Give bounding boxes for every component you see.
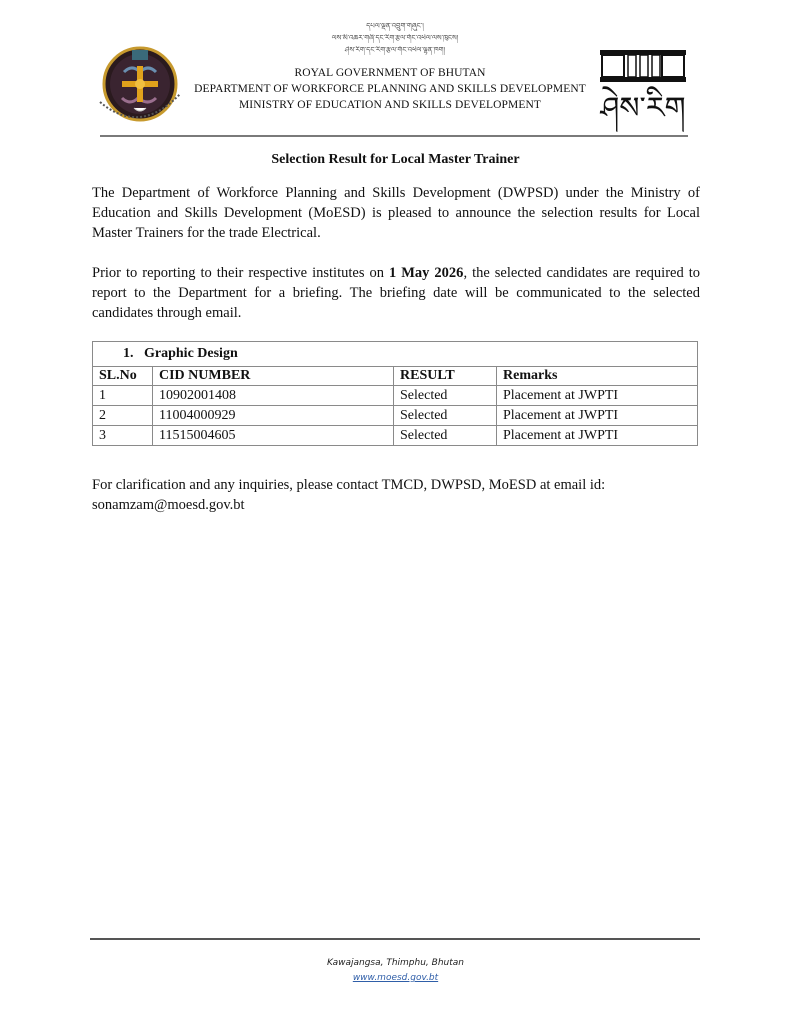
cell-result: Selected bbox=[394, 406, 497, 426]
emblem-icon bbox=[94, 40, 186, 132]
cell-cid-number: 11004000929 bbox=[153, 406, 394, 426]
briefing-text-before: Prior to reporting to their respective i… bbox=[92, 265, 389, 281]
contact-paragraph: For clarification and any inquiries, ple… bbox=[92, 475, 700, 515]
table-section-row: 1. Graphic Design bbox=[93, 342, 698, 367]
header-divider bbox=[100, 135, 688, 137]
cell-sl-no: 1 bbox=[93, 386, 153, 406]
results-table: 1. Graphic Design SL.No CID NUMBER RESUL… bbox=[92, 341, 698, 446]
sherig-logo: ཤེས་རིག bbox=[598, 48, 688, 130]
contact-text: For clarification and any inquiries, ple… bbox=[92, 475, 700, 495]
contact-email: sonamzam@moesd.gov.bt bbox=[92, 495, 700, 515]
dzongkha-line-1: དཔལ་ལྡན་འབྲུག་གཞུང་། bbox=[200, 22, 590, 31]
dzongkha-line-2: ལས་མི་འཆར་གཞི་དང་རིག་རྩལ་གོང་འཕེལ་ལས་ཁུང… bbox=[200, 34, 590, 43]
cell-result: Selected bbox=[394, 426, 497, 446]
header-department: DEPARTMENT OF WORKFORCE PLANNING AND SKI… bbox=[180, 82, 600, 97]
cell-cid-number: 11515004605 bbox=[153, 426, 394, 446]
cell-remarks: Placement at JWPTI bbox=[497, 386, 698, 406]
royal-emblem-logo bbox=[94, 40, 186, 132]
dzongkha-line-3: ཤེས་རིག་དང་རིག་རྩལ་གོང་འཕེལ་ལྷན་ཁག། bbox=[200, 46, 590, 55]
sherig-logo-text: ཤེས་རིག bbox=[598, 89, 688, 129]
cell-result: Selected bbox=[394, 386, 497, 406]
table-row: 3 11515004605 Selected Placement at JWPT… bbox=[93, 426, 698, 446]
sherig-blocks-icon bbox=[598, 48, 688, 84]
footer-website-link[interactable]: www.moesd.gov.bt bbox=[353, 973, 438, 983]
intro-paragraph: The Department of Workforce Planning and… bbox=[92, 183, 700, 243]
table-section-caption: 1. Graphic Design bbox=[93, 342, 698, 367]
cell-remarks: Placement at JWPTI bbox=[497, 406, 698, 426]
footer-address: Kawajangsa, Thimphu, Bhutan bbox=[0, 958, 791, 968]
section-number: 1. bbox=[123, 346, 134, 361]
header-sl-no: SL.No bbox=[93, 367, 153, 386]
header-result: RESULT bbox=[394, 367, 497, 386]
footer-website-wrap: www.moesd.gov.bt bbox=[0, 973, 791, 983]
cell-cid-number: 10902001408 bbox=[153, 386, 394, 406]
document-title: Selection Result for Local Master Traine… bbox=[0, 152, 791, 168]
header-remarks: Remarks bbox=[497, 367, 698, 386]
cell-sl-no: 2 bbox=[93, 406, 153, 426]
cell-sl-no: 3 bbox=[93, 426, 153, 446]
table-row: 1 10902001408 Selected Placement at JWPT… bbox=[93, 386, 698, 406]
table-header-row: SL.No CID NUMBER RESULT Remarks bbox=[93, 367, 698, 386]
reporting-date: 1 May 2026 bbox=[389, 265, 463, 281]
section-title: Graphic Design bbox=[144, 346, 238, 361]
footer-divider bbox=[90, 938, 700, 940]
table-row: 2 11004000929 Selected Placement at JWPT… bbox=[93, 406, 698, 426]
header-cid-number: CID NUMBER bbox=[153, 367, 394, 386]
briefing-paragraph: Prior to reporting to their respective i… bbox=[92, 263, 700, 323]
header-government: ROYAL GOVERNMENT OF BHUTAN bbox=[180, 66, 600, 81]
cell-remarks: Placement at JWPTI bbox=[497, 426, 698, 446]
header-ministry: MINISTRY OF EDUCATION AND SKILLS DEVELOP… bbox=[180, 98, 600, 113]
